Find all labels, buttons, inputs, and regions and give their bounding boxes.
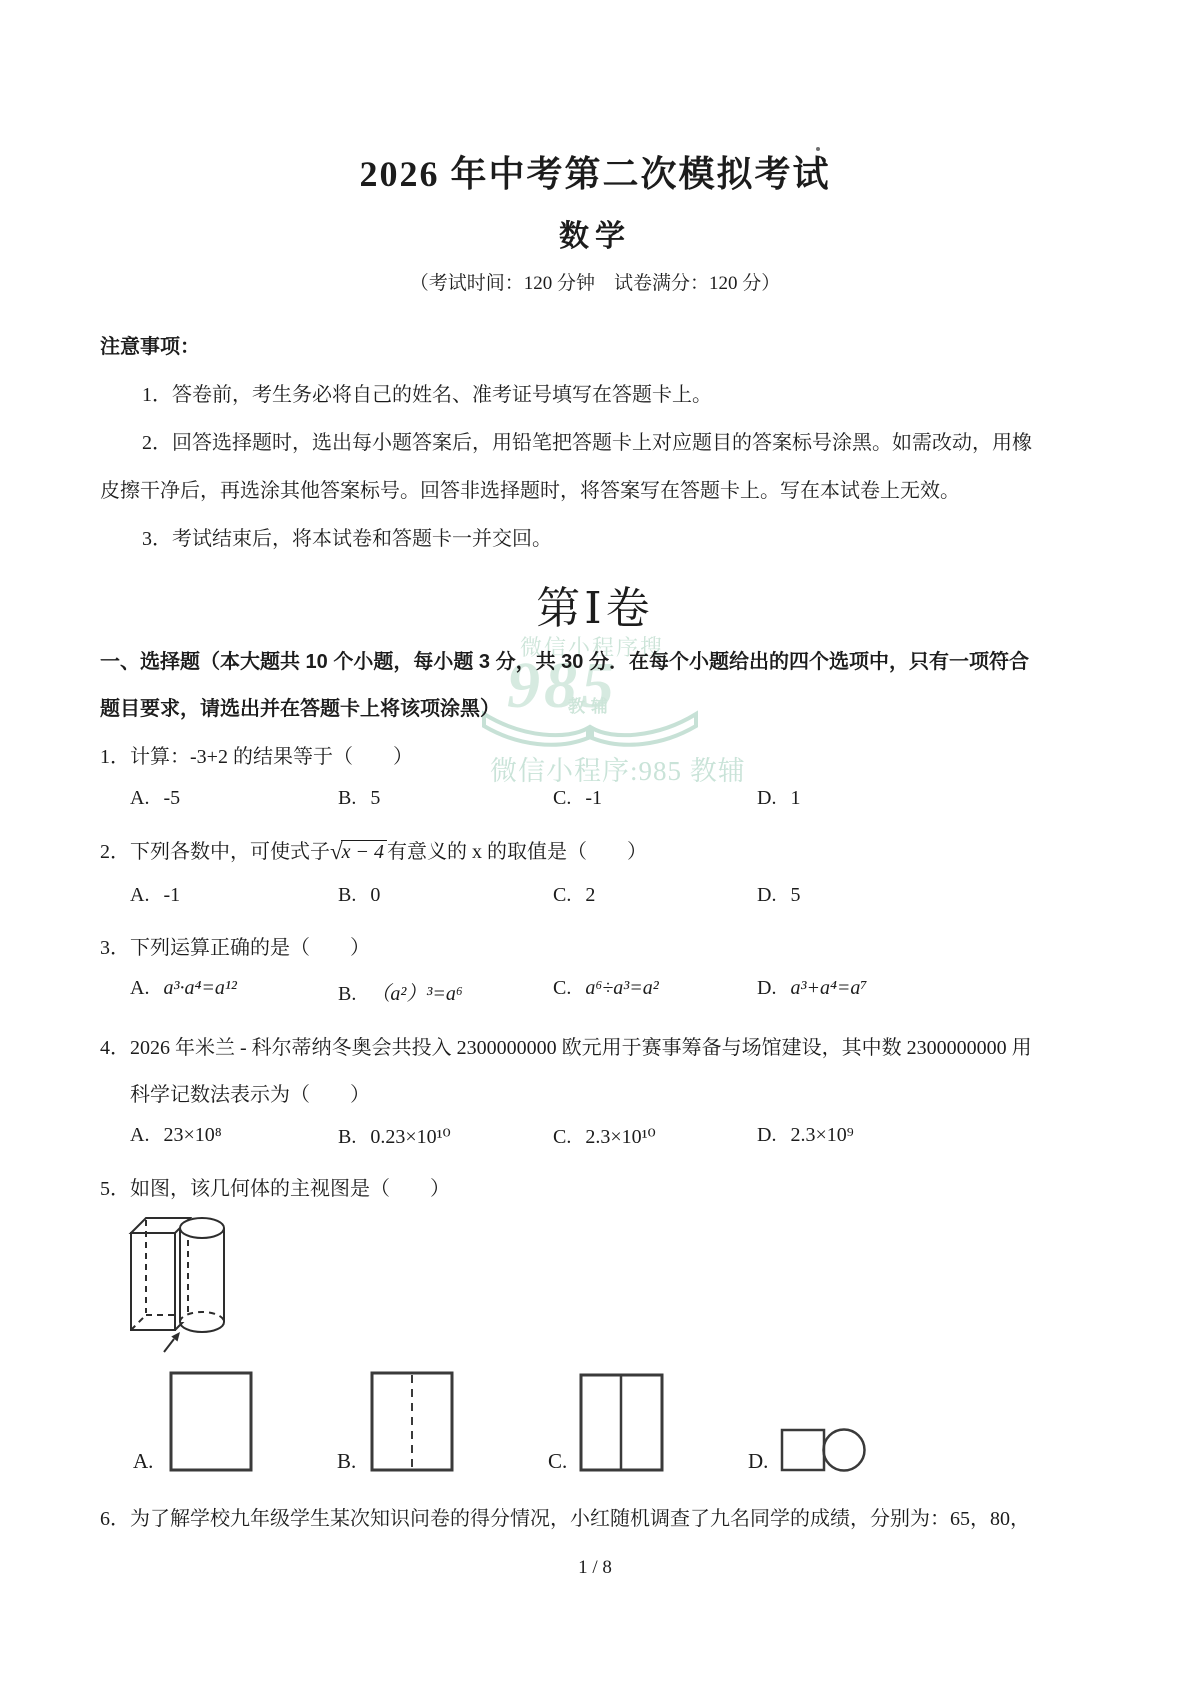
q4-option-b: B.0.23×10¹⁰ [338,1124,451,1149]
q5-figure-a-rectangle [169,1371,255,1473]
q2-radical-expression: √x − 4 [330,839,387,865]
notice-label: 注意事项： [100,330,200,359]
question-1-options: A.-5 B.5 C.-1 D.1 [0,787,1190,817]
watermark-bottom-text: 微信小程序:985 教辅 [490,749,746,788]
q5-figure-label-c: C. [548,1449,567,1474]
question-2-text: 2．下列各数中，可使式子√x − 4有意义的 x 的取值是（ ） [100,835,647,865]
question-5-text: 5．如图，该几何体的主视图是（ ） [100,1172,450,1201]
notice-item-3: 3．考试结束后，将本试卷和答题卡一并交回。 [142,522,552,551]
section1-intro-line-1: 一、选择题（本大题共 10 个小题，每小题 3 分，共 30 分．在每个小题给出… [100,645,1029,674]
notice-item-2-line-1: 2．回答选择题时，选出每小题答案后，用铅笔把答题卡上对应题目的答案标号涂黑。如需… [142,426,1032,455]
q2-text-post: 有意义的 x 的取值是（ ） [387,841,647,863]
exam-title: 2026 年中考第二次模拟考试 [0,146,1190,197]
q5-figure-b-rectangle-dashed-midline [370,1371,456,1473]
question-3-text: 3．下列运算正确的是（ ） [100,931,370,960]
q5-figure-label-d: D. [748,1449,768,1474]
q2-option-b: B.0 [338,884,380,907]
page-number: 1 / 8 [0,1557,1190,1579]
q5-solid-figure-cuboid-cylinder [126,1210,232,1360]
q1-option-a: A.-5 [130,787,180,810]
q4-option-a: A.23×10⁸ [130,1124,222,1147]
q2-option-d: D.5 [757,884,800,907]
notice-item-2-line-2: 皮擦干净后，再选涂其他答案标号。回答非选择题时，将答案写在答题卡上。写在本试卷上… [100,474,960,503]
q3-option-a: A.a³·a⁴=a¹² [130,977,237,1000]
q5-figure-label-a: A. [133,1449,153,1474]
q1-option-b: B.5 [338,787,380,810]
question-4-line-2: 科学记数法表示为（ ） [130,1078,370,1107]
q2-text-pre: 2．下列各数中，可使式子 [100,841,330,863]
question-3-options: A.a³·a⁴=a¹² B.（a²）³=a⁶ C.a⁶÷a³=a² D.a³+a… [0,977,1190,1007]
question-4-line-1: 4．2026 年米兰 - 科尔蒂纳冬奥会共投入 2300000000 欧元用于赛… [100,1031,1032,1060]
question-6-text: 6．为了解学校九年级学生某次知识问卷的得分情况，小红随机调查了九名同学的成绩，分… [100,1502,1030,1531]
part1-heading: 第Ⅰ卷 [0,572,1190,636]
question-4-options: A.23×10⁸ B.0.23×10¹⁰ C.2.3×10¹⁰ D.2.3×10… [0,1124,1190,1154]
exam-paper-page: 微信小程序搜 985 教辅 微信小程序:985 教辅 2026 年中考第二次模拟… [0,0,1190,1683]
q5-figure-d-square-and-circle [780,1426,870,1474]
q5-figure-label-b: B. [337,1449,356,1474]
question-2-options: A.-1 B.0 C.2 D.5 [0,884,1190,914]
q1-option-d: D.1 [757,787,800,810]
section1-intro-line-2: 题目要求，请选出并在答题卡上将该项涂黑） [100,692,500,721]
q3-option-c: C.a⁶÷a³=a² [553,977,659,1000]
q3-option-b: B.（a²）³=a⁶ [338,977,463,1006]
q3-option-d: D.a³+a⁴=a⁷ [757,977,867,1000]
exam-subject: 数学 [0,211,1190,255]
q2-option-a: A.-1 [130,884,180,907]
exam-meta-line: （考试时间：120 分钟 试卷满分：120 分） [0,268,1190,295]
question-1-text: 1．计算：-3+2 的结果等于（ ） [100,740,413,769]
q4-option-d: D.2.3×10⁹ [757,1124,854,1147]
notice-item-1: 1．答卷前，考生务必将自己的姓名、准考证号填写在答题卡上。 [142,378,712,407]
q5-figure-c-rectangle-solid-midline [579,1373,665,1473]
q4-option-c: C.2.3×10¹⁰ [553,1124,656,1149]
q2-option-c: C.2 [553,884,595,907]
q1-option-c: C.-1 [553,787,602,810]
